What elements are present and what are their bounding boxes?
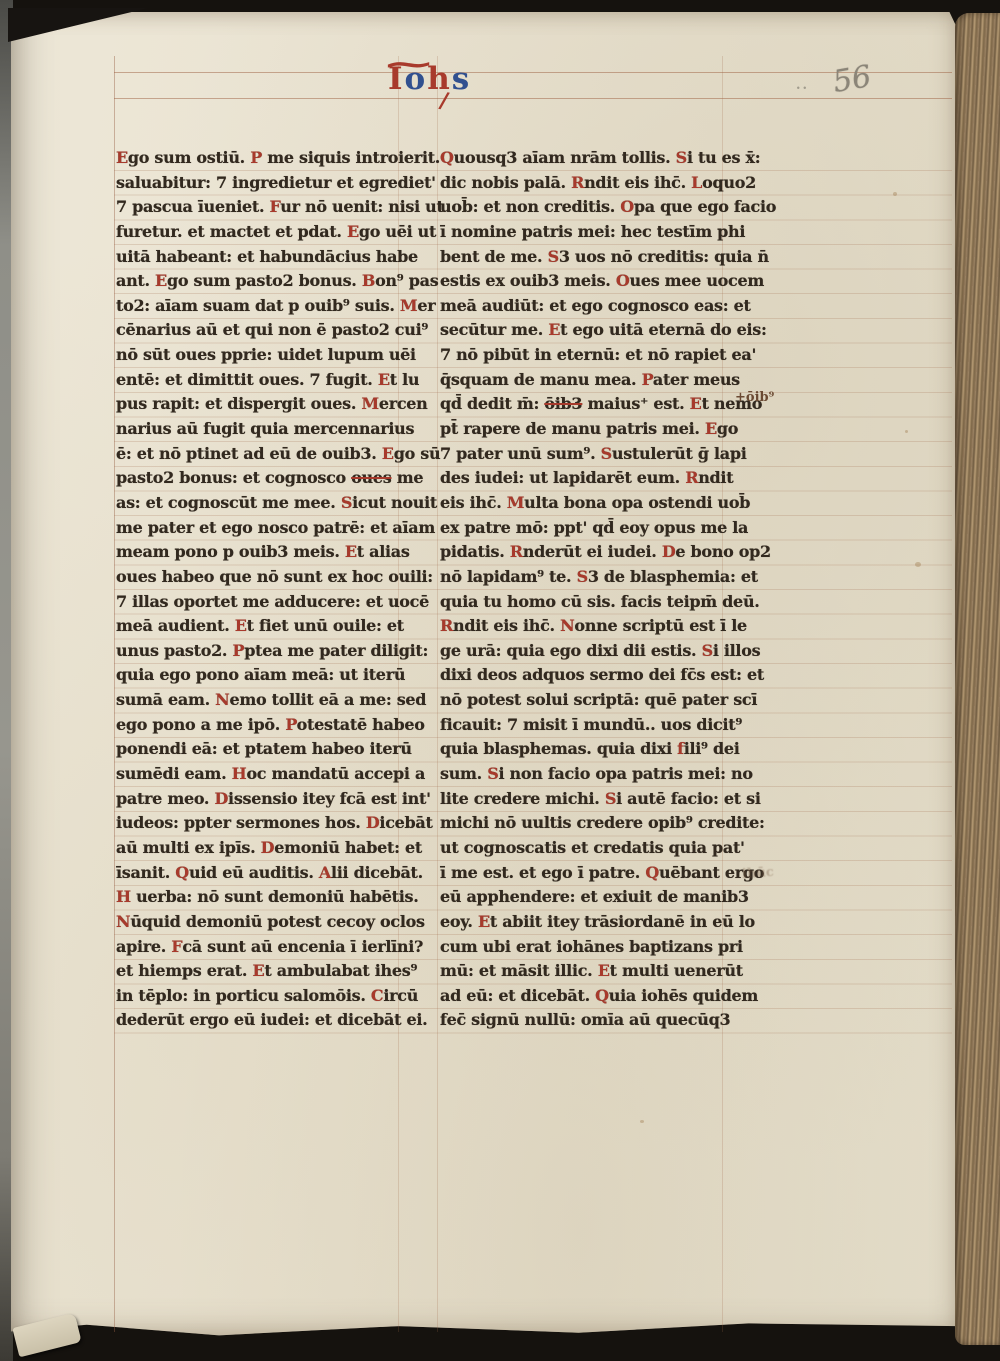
- text-line: Nūquid demoniū potest cecoy oclos: [116, 910, 408, 935]
- text-line: qd̄ dedit m̄: ōib3 maius⁺ est. Et nemo: [440, 392, 736, 417]
- text-line: ad eū: et dicebāt. Quia iohēs quidem: [440, 984, 736, 1009]
- fore-edge-page-stack: [955, 13, 1000, 1345]
- text-line: ī me est. et ego ī patre. Quēbant ergo: [440, 861, 736, 886]
- text-line: to2: aīam suam dat p ouib⁹ suis. Mer: [116, 294, 408, 319]
- text-line: aū multi ex ipīs. Demoniū habet: et: [116, 836, 408, 861]
- text-line: eoy. Et abiit itey trāsiordanē in eū lo: [440, 910, 736, 935]
- text-line: mū: et māsit illic. Et multi uenerūt: [440, 959, 736, 984]
- margin-note: ..: [796, 78, 809, 93]
- manuscript-photo: ~ / Iohs 56 Ego sum ostiū. P me siquis i…: [0, 0, 1000, 1361]
- text-line: nō sūt oues pprie: uidet lupum uēi: [116, 343, 408, 368]
- text-line: eis ihc̄. Multa bona opa ostendi uob̄: [440, 491, 736, 516]
- text-line: pidatis. Rnderūt ei iudei. De bono op2: [440, 540, 736, 565]
- text-line: dic nobis palā. Rndit eis ihc̄. Loquo2: [440, 171, 736, 196]
- text-line: as: et cognoscūt me mee. Sicut nouit: [116, 491, 408, 516]
- text-line: sumā eam. Nemo tollit eā a me: sed: [116, 688, 408, 713]
- text-line: cum ubi erat iohānes baptizans pri: [440, 935, 736, 960]
- text-line: et hiemps erat. Et ambulabat ihes⁹: [116, 959, 408, 984]
- margin-note: +ōib⁹: [735, 390, 774, 405]
- text-line: des iudei: ut lapidarēt eum. Rndit: [440, 466, 736, 491]
- text-line: pt̄ rapere de manu patris mei. Ego: [440, 417, 736, 442]
- text-line: nō lapidam⁹ te. S3 de blasphemia: et: [440, 565, 736, 590]
- text-line: 7 pascua īueniet. Fur nō uenit: nisi ut: [116, 195, 408, 220]
- text-line: quia ego pono aīam meā: ut iterū: [116, 663, 408, 688]
- text-line: apire. Fcā sunt aū encenia ī ierlīni?: [116, 935, 408, 960]
- text-line: sum. Si non facio opa patris mei: no: [440, 762, 736, 787]
- running-title: ~ / Iohs: [388, 64, 508, 94]
- text-line: nō potest solui scriptā: quē pater scī: [440, 688, 736, 713]
- foxing-spot: [905, 430, 908, 433]
- text-line: q̄squam de manu mea. Pater meus: [440, 368, 736, 393]
- text-line: unus pasto2. Pptea me pater diligit:: [116, 639, 408, 664]
- text-line: 7 illas oportet me adducere: et uocē: [116, 590, 408, 615]
- text-line: meā audient. Et fiet unū ouile: et: [116, 614, 408, 639]
- running-title-abbreviation-mark: ~: [381, 50, 436, 80]
- text-line: pus rapit: et dispergit oues. Mercen: [116, 392, 408, 417]
- text-line: patre meo. Dissensio itey fcā est int': [116, 787, 408, 812]
- text-line: 7 pater unū sum⁹. Sustulerūt ḡ lapi: [440, 442, 736, 467]
- text-line: ponendi eā: et ptatem habeo iterū: [116, 737, 408, 762]
- foxing-spot: [915, 562, 921, 567]
- text-line: Rndit eis ihc̄. Nonne scriptū est ī le: [440, 614, 736, 639]
- foxing-spot: [640, 1120, 644, 1123]
- text-line: ut cognoscatis et credatis quia pat': [440, 836, 736, 861]
- text-line: uob̄: et non creditis. Opa que ego facio: [440, 195, 736, 220]
- text-line: michi nō uultis credere opib⁹ credite:: [440, 811, 736, 836]
- text-line: lite credere michi. Si autē facio: et si: [440, 787, 736, 812]
- text-column-right: Quousq3 aīam nrām tollis. Si tu es x̄:di…: [440, 146, 736, 1033]
- text-line: ficauit: 7 misit ī mundū.. uos dicit⁹: [440, 713, 736, 738]
- text-line: īsanit. Quid eū auditis. Alii dicebāt.: [116, 861, 408, 886]
- running-title-letter: s: [452, 61, 471, 97]
- text-line: ī nomine patris mei: hec testīm phi: [440, 220, 736, 245]
- text-line: ge urā: quia ego dixi dii estis. Si illo…: [440, 639, 736, 664]
- header-ruling-lines: [114, 72, 952, 99]
- text-line: furetur. et mactet et pdat. Ego uēi ut: [116, 220, 408, 245]
- text-line: estis ex ouib3 meis. Oues mee uocem: [440, 269, 736, 294]
- text-line: entē: et dimittit oues. 7 fugit. Et lu: [116, 368, 408, 393]
- text-line: meam pono p ouib3 meis. Et alias: [116, 540, 408, 565]
- text-line: pasto2 bonus: et cognosco oues me: [116, 466, 408, 491]
- text-line: secūtur me. Et ego uitā eternā do eis:: [440, 318, 736, 343]
- text-line: uitā habeant: et habundācius habe: [116, 245, 408, 270]
- foxing-spot: [893, 192, 897, 196]
- text-line: ant. Ego sum pasto2 bonus. Bon⁹ pas: [116, 269, 408, 294]
- text-line: Quousq3 aīam nrām tollis. Si tu es x̄:: [440, 146, 736, 171]
- text-line: H uerba: nō sunt demoniū habētis.: [116, 885, 408, 910]
- folio-number: 56: [830, 59, 874, 100]
- text-line: ex patre mō: ppt' qd̄ eoy opus me la: [440, 516, 736, 541]
- text-line: iudeos: ppter sermones hos. Dicebāt: [116, 811, 408, 836]
- text-line: eū apphendere: et exiuit de manib3: [440, 885, 736, 910]
- text-line: meā audiūt: et ego cognosco eas: et: [440, 294, 736, 319]
- text-line: ē: et nō ptinet ad eū de ouib3. Ego sū: [116, 442, 408, 467]
- text-line: dixi deos adquos sermo dei fc̄s est: et: [440, 663, 736, 688]
- text-line: bent de me. S3 uos nō creditis: quia n̄: [440, 245, 736, 270]
- text-line: me pater et ego nosco patrē: et aīam: [116, 516, 408, 541]
- text-line: dederūt ergo eū iudei: et dicebāt ei.: [116, 1008, 408, 1033]
- text-line: oues habeo que nō sunt ex hoc ouili:: [116, 565, 408, 590]
- text-line: in tēplo: in porticu salomōis. Circū: [116, 984, 408, 1009]
- text-line: narius aū fugit quia mercennarius: [116, 417, 408, 442]
- text-line: saluabitur: 7 ingredietur et egrediet': [116, 171, 408, 196]
- text-line: quia blasphemas. quia dixi fili⁹ dei: [440, 737, 736, 762]
- text-line: sumēdi eam. Hoc mandatū accepi a: [116, 762, 408, 787]
- text-line: ego pono a me ipō. Potestatē habeo: [116, 713, 408, 738]
- text-line: quia tu homo cū sis. facis teipm̄ deū.: [440, 590, 736, 615]
- text-line: cēnarius aū et qui non ē pasto2 cui⁹: [116, 318, 408, 343]
- text-line: Ego sum ostiū. P me siquis introierit.: [116, 146, 408, 171]
- text-line: fec̄ signū nullū: omīa aū quecūq3: [440, 1008, 736, 1033]
- text-line: 7 nō pibūt in eternū: et nō rapiet ea': [440, 343, 736, 368]
- text-column-left: Ego sum ostiū. P me siquis introierit.sa…: [116, 146, 408, 1033]
- margin-note: ihūc: [742, 865, 775, 882]
